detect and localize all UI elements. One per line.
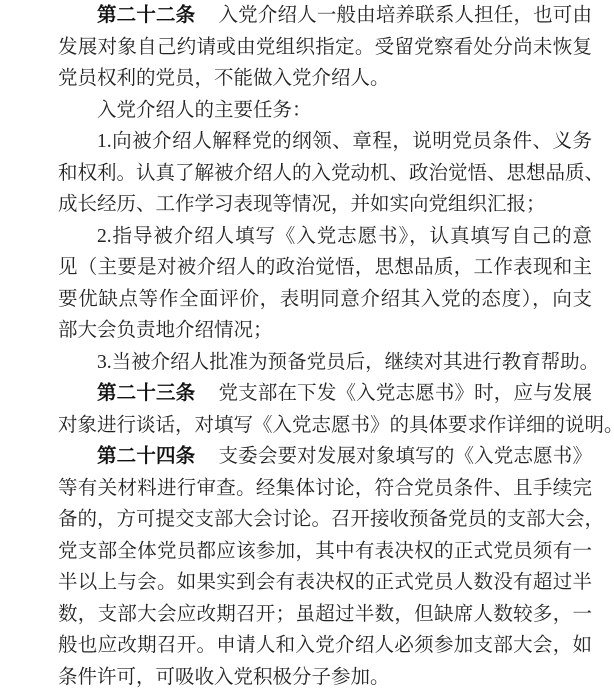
line-text: 1.向被介绍人解释党的纲领、章程，说明党员条件、义务: [97, 131, 592, 152]
text-line: 般也应改期召开。申请人和入党介绍人必须参加支部大会，如: [58, 630, 592, 662]
lead-gap: [195, 398, 218, 399]
text-line: 对象进行谈话，对填写《入党志愿书》的具体要求作详细的说明。: [58, 410, 592, 442]
line-text: 党支部全体党员都应该参加，其中有表决权的正式党员须有一: [58, 541, 592, 562]
paragraph: 2.指导被介绍人填写《入党志愿书》，认真填写自己的意见（主要是对被介绍人的政治觉…: [58, 221, 592, 347]
line-text: 般也应改期召开。申请人和入党介绍人必须参加支部大会，如: [58, 635, 592, 656]
line-text: 见（主要是对被介绍人的政治觉悟，思想品质，工作表现和主: [58, 257, 592, 278]
text-line: 第二十四条支委会要对发展对象填写的《入党志愿书》: [58, 441, 592, 473]
text-line: 数，支部大会应改期召开；虽超过半数，但缺席人数较多，一: [58, 599, 592, 631]
text-line: 入党介绍人的主要任务：: [58, 95, 592, 127]
text-line: 1.向被介绍人解释党的纲领、章程，说明党员条件、义务: [58, 126, 592, 158]
text-line: 条件许可，可吸收入党积极分子参加。: [58, 662, 592, 693]
text-line: 部大会负责地介绍情况；: [58, 315, 592, 347]
paragraph: 1.向被介绍人解释党的纲领、章程，说明党员条件、义务和权利。认真了解被介绍人的入…: [58, 126, 592, 221]
article-number: 第二十二条: [97, 5, 195, 26]
line-text: 备的，方可提交支部大会讨论。召开接收预备党员的支部大会，: [58, 509, 604, 530]
text-line: 2.指导被介绍人填写《入党志愿书》，认真填写自己的意: [58, 221, 592, 253]
paragraph: 3.当被介绍人批准为预备党员后，继续对其进行教育帮助。: [58, 347, 592, 379]
line-text: 支委会要对发展对象填写的《入党志愿书》: [218, 446, 592, 467]
article-number: 第二十三条: [97, 383, 195, 404]
line-text: 部大会负责地介绍情况；: [58, 320, 273, 341]
text-line: 和权利。认真了解被介绍人的入党动机、政治觉悟、思想品质、: [58, 158, 592, 190]
line-text: 入党介绍人一般由培养联系人担任，也可由: [218, 5, 592, 26]
text-line: 党支部全体党员都应该参加，其中有表决权的正式党员须有一: [58, 536, 592, 568]
text-line: 发展对象自己约请或由党组织指定。受留党察看处分尚未恢复: [58, 32, 592, 64]
text-line: 见（主要是对被介绍人的政治觉悟，思想品质，工作表现和主: [58, 252, 592, 284]
paragraph: 入党介绍人的主要任务：: [58, 95, 592, 127]
line-text: 对象进行谈话，对填写《入党志愿书》的具体要求作详细的说明。: [58, 415, 614, 436]
article-number: 第二十四条: [97, 446, 195, 467]
line-text: 数，支部大会应改期召开；虽超过半数，但缺席人数较多，一: [58, 604, 592, 625]
line-text: 和权利。认真了解被介绍人的入党动机、政治觉悟、思想品质、: [58, 163, 604, 184]
text-line: 备的，方可提交支部大会讨论。召开接收预备党员的支部大会，: [58, 504, 592, 536]
line-text: 要优缺点等作全面评价，表明同意介绍其入党的态度），向支: [58, 289, 592, 310]
lead-gap: [195, 461, 218, 462]
text-line: 半以上与会。如果实到会有表决权的正式党员人数没有超过半: [58, 567, 592, 599]
line-text: 党员权利的党员，不能做入党介绍人。: [58, 68, 390, 89]
paragraph: 第二十四条支委会要对发展对象填写的《入党志愿书》等有关材料进行审查。经集体讨论，…: [58, 441, 592, 693]
text-line: 成长经历、工作学习表现等情况，并如实向党组织汇报；: [58, 189, 592, 221]
line-text: 3.当被介绍人批准为预备党员后，继续对其进行教育帮助。: [97, 352, 599, 373]
line-text: 党支部在下发《入党志愿书》时，应与发展: [218, 383, 592, 404]
line-text: 半以上与会。如果实到会有表决权的正式党员人数没有超过半: [58, 572, 592, 593]
text-line: 要优缺点等作全面评价，表明同意介绍其入党的态度），向支: [58, 284, 592, 316]
text-line: 3.当被介绍人批准为预备党员后，继续对其进行教育帮助。: [58, 347, 592, 379]
line-text: 条件许可，可吸收入党积极分子参加。: [58, 667, 390, 688]
paragraph: 第二十二条入党介绍人一般由培养联系人担任，也可由发展对象自己约请或由党组织指定。…: [58, 0, 592, 95]
text-line: 等有关材料进行审查。经集体讨论，符合党员条件、且手续完: [58, 473, 592, 505]
text-line: 第二十三条党支部在下发《入党志愿书》时，应与发展: [58, 378, 592, 410]
line-text: 成长经历、工作学习表现等情况，并如实向党组织汇报；: [58, 194, 546, 215]
text-line: 第二十二条入党介绍人一般由培养联系人担任，也可由: [58, 0, 592, 32]
text-line: 党员权利的党员，不能做入党介绍人。: [58, 63, 592, 95]
paragraph: 第二十三条党支部在下发《入党志愿书》时，应与发展对象进行谈话，对填写《入党志愿书…: [58, 378, 592, 441]
document-page: 第二十二条入党介绍人一般由培养联系人担任，也可由发展对象自己约请或由党组织指定。…: [0, 0, 614, 693]
line-text: 发展对象自己约请或由党组织指定。受留党察看处分尚未恢复: [58, 37, 592, 58]
line-text: 等有关材料进行审查。经集体讨论，符合党员条件、且手续完: [58, 478, 592, 499]
line-text: 入党介绍人的主要任务：: [97, 100, 312, 121]
lead-gap: [195, 20, 218, 21]
line-text: 2.指导被介绍人填写《入党志愿书》，认真填写自己的意: [97, 226, 592, 247]
